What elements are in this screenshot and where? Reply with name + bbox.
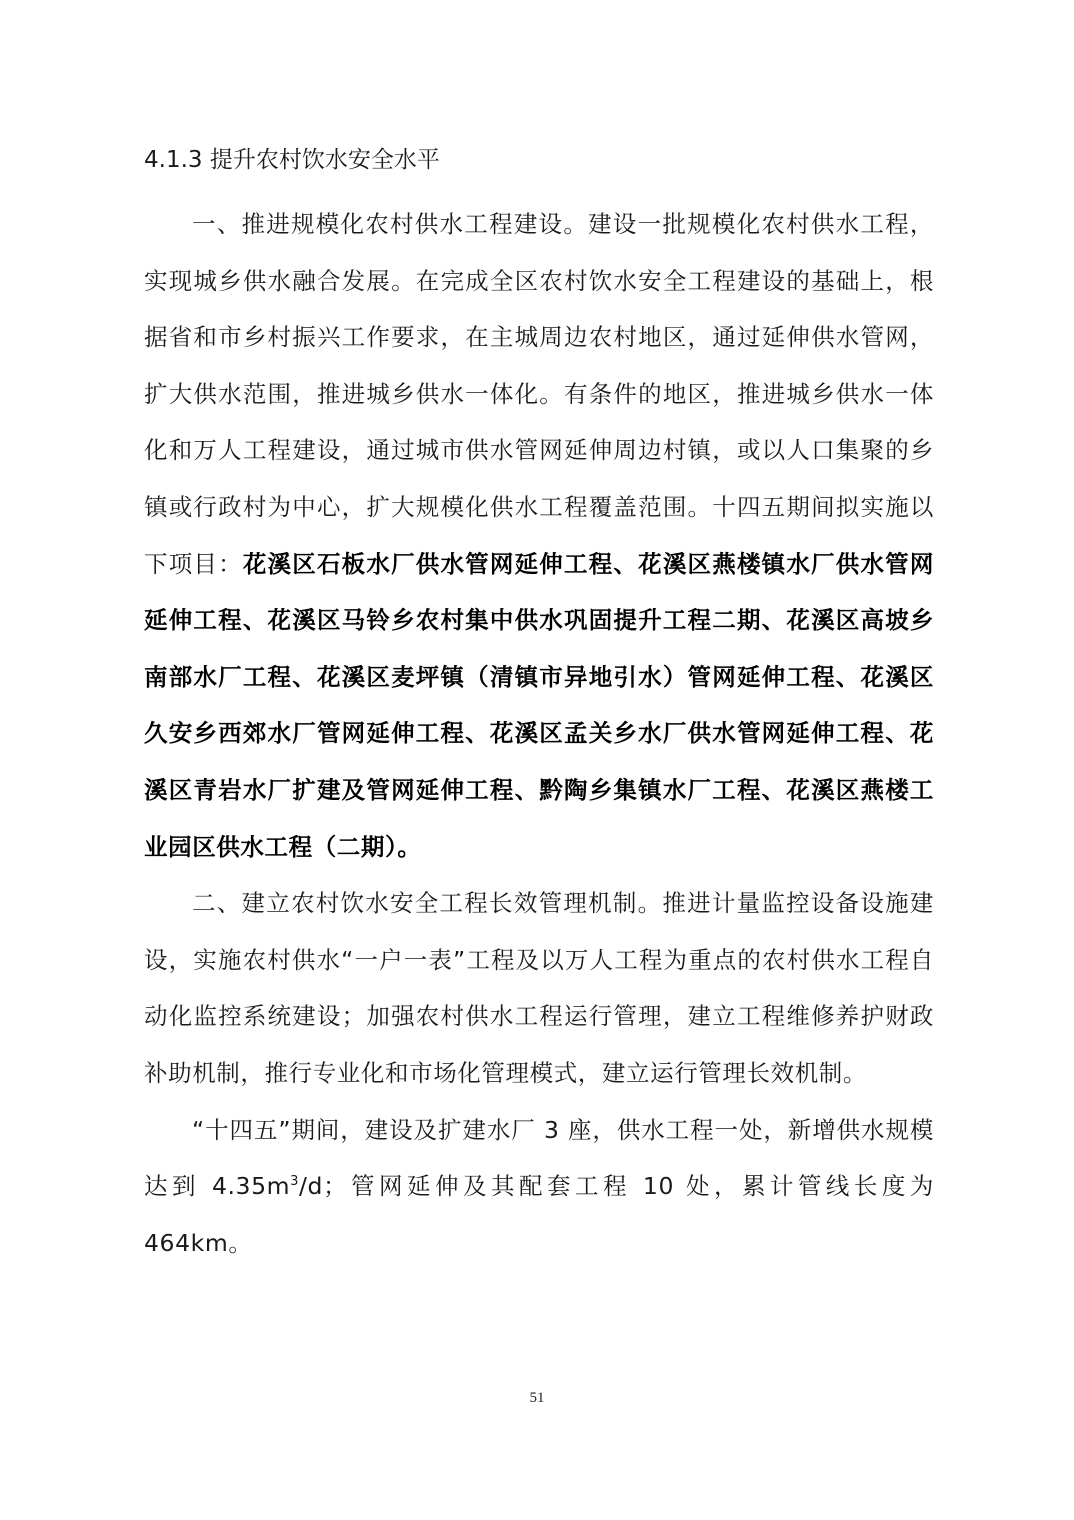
paragraph-management-mechanism: 二、建立农村饮水安全工程长效管理机制。推进计量监控设备设施建设，实施农村供水“一… xyxy=(144,875,934,1101)
page-number: 51 xyxy=(0,1390,1074,1407)
project-list-bold: 花溪区石板水厂供水管网延伸工程、花溪区燕楼镇水厂供水管网延伸工程、花溪区马铃乡农… xyxy=(144,550,934,861)
superscript: 3 xyxy=(290,1174,299,1189)
paragraph-text: 一、推进规模化农村供水工程建设。建设一批规模化农村供水工程，实现城乡供水融合发展… xyxy=(144,210,934,578)
paragraph-rural-water-projects: 一、推进规模化农村供水工程建设。建设一批规模化农村供水工程，实现城乡供水融合发展… xyxy=(144,196,934,875)
section-heading: 4.1.3 提升农村饮水安全水平 xyxy=(144,138,934,182)
document-page: 4.1.3 提升农村饮水安全水平 一、推进规模化农村供水工程建设。建设一批规模化… xyxy=(144,138,934,1271)
paragraph-summary-figures: “十四五”期间，建设及扩建水厂 3 座，供水工程一处，新增供水规模达到 4.35… xyxy=(144,1102,934,1272)
